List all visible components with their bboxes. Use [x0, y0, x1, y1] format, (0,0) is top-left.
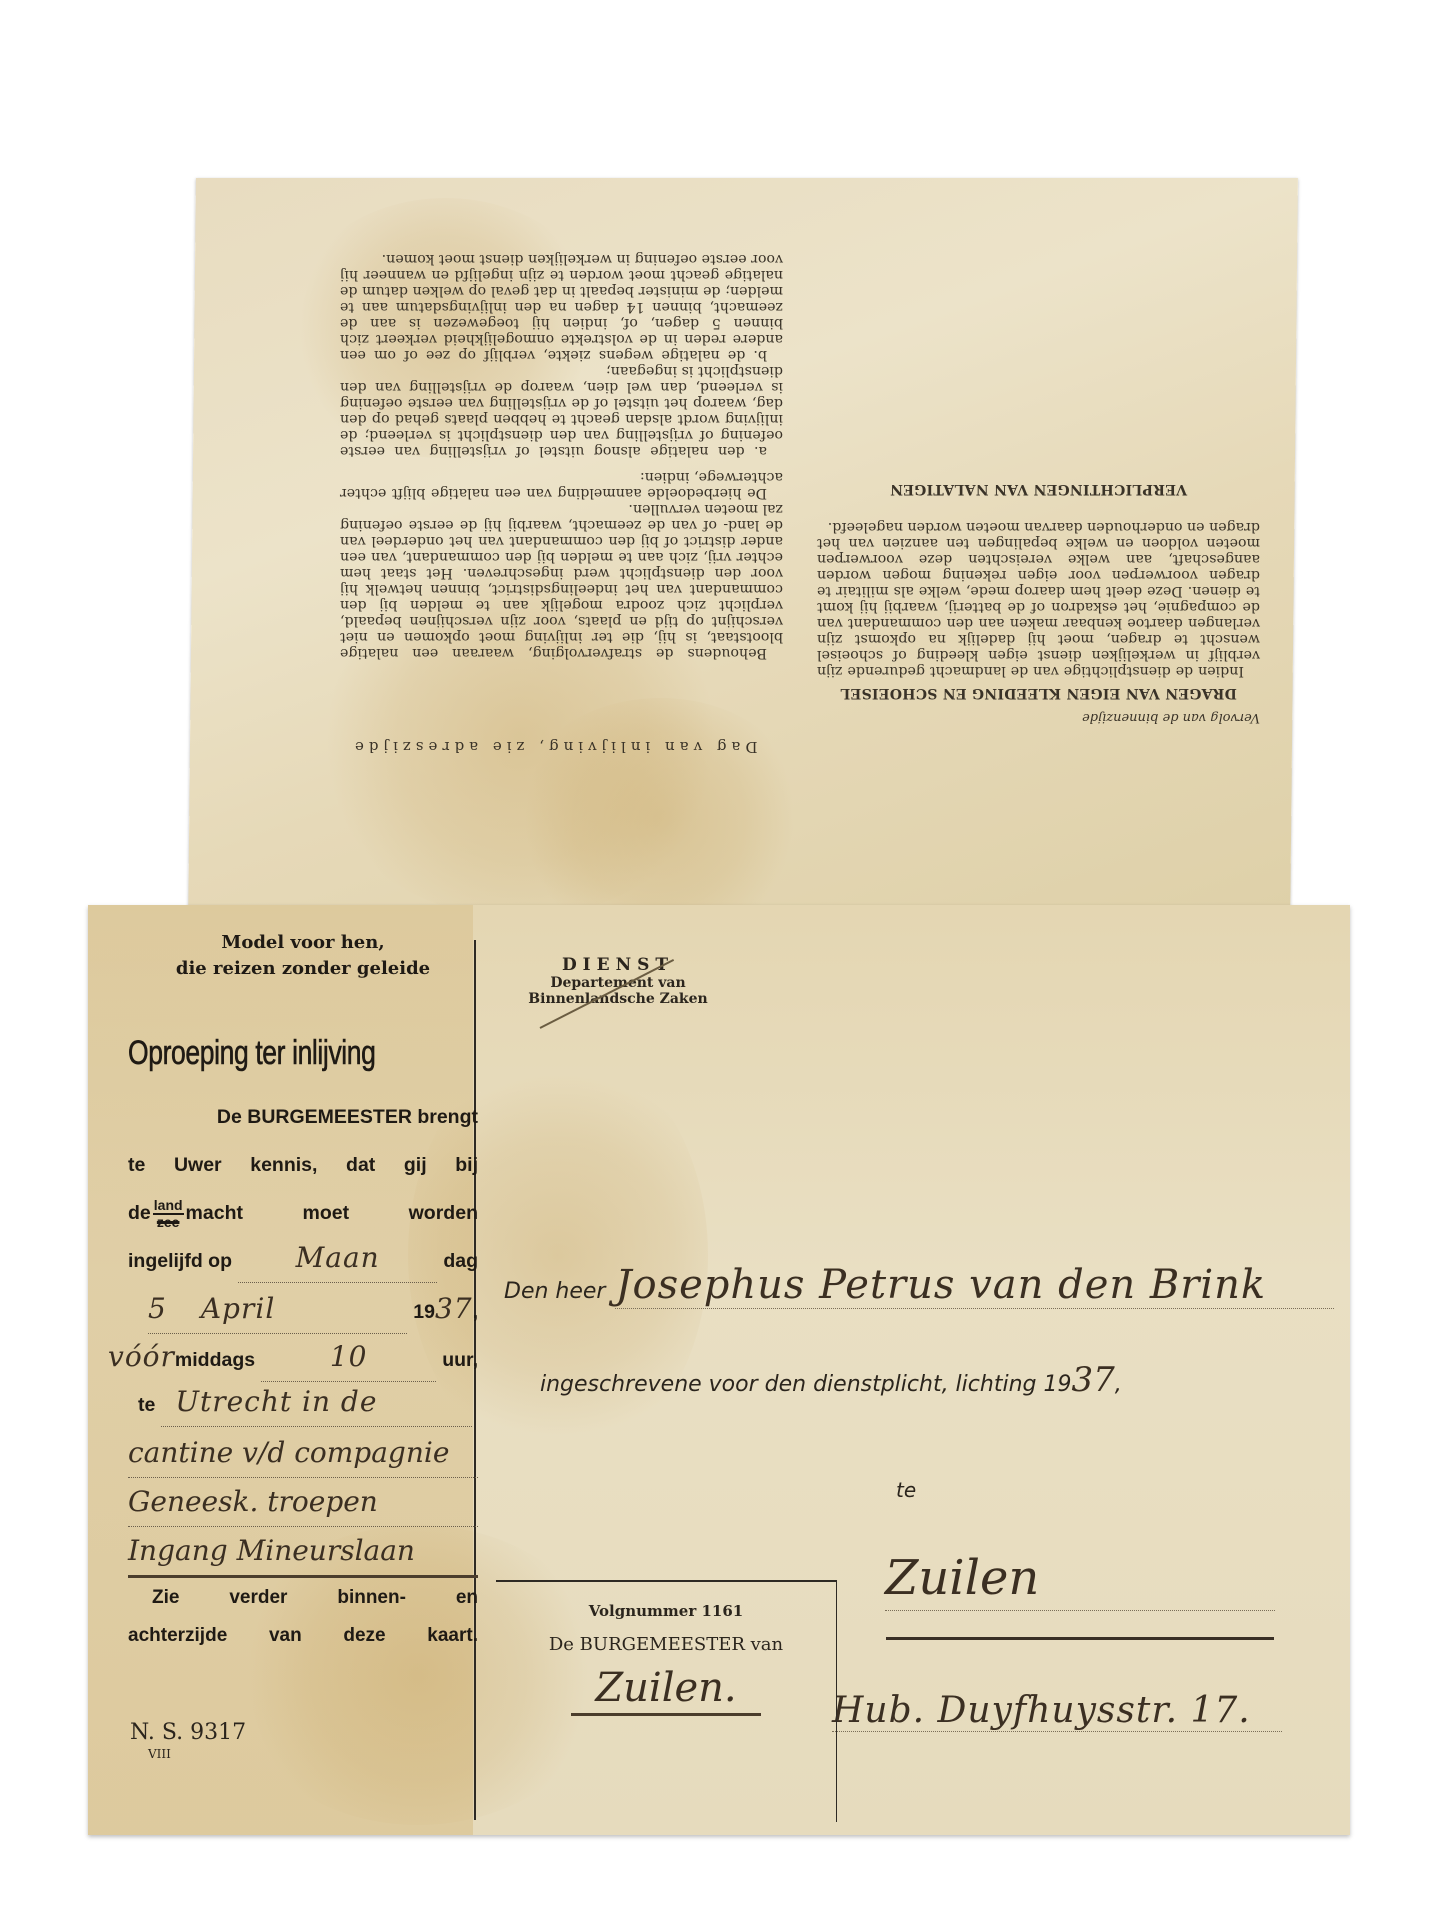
- model-line-2: die reizen zonder geleide: [128, 956, 478, 982]
- day-handwritten: 5: [148, 1285, 167, 1333]
- section-title-kleeding: DRAGEN VAN EIGEN KLEEDING EN SCHOEISEL: [817, 685, 1260, 701]
- location-handwritten: Utrecht in de: [175, 1378, 377, 1426]
- voor-handwritten: vóór: [108, 1333, 175, 1381]
- kennis-text: te Uwer kennis, dat gij bij: [128, 1141, 478, 1189]
- time-handwritten: 10: [330, 1333, 368, 1381]
- form-line-2: te Uwer kennis, dat gij bij: [128, 1141, 478, 1189]
- form-number: N. S. 9317 VIII: [130, 1720, 246, 1761]
- nalatigen-item-b: b. de nalatige wegens ziekte, verblijf o…: [340, 251, 783, 363]
- location-line-2: cantine v/d compagnie: [128, 1429, 478, 1478]
- weekday-handwritten: Maan: [296, 1234, 380, 1282]
- ingelijfd-text: ingelijfd op: [128, 1237, 232, 1285]
- nalatigen-para1: Behoudens de strafvervolging, waaraan ee…: [340, 501, 783, 661]
- form-number-text: N. S. 9317: [130, 1720, 246, 1745]
- form-line-7: te Utrecht in de: [128, 1381, 478, 1429]
- registration-year-handwritten: 37: [1071, 1360, 1114, 1400]
- moet-text: moet: [303, 1189, 350, 1237]
- registration-text: ingeschrevene voor den dienstplicht, lic…: [540, 1372, 1071, 1397]
- zie-verder-line-2: achterzijde van deze kaart.: [128, 1618, 478, 1654]
- burgemeester-text: De BURGEMEESTER brengt: [217, 1093, 478, 1141]
- section-text-kleeding: Indien de dienstplichtige van de landmac…: [817, 519, 1260, 679]
- comma: ,: [473, 1301, 478, 1323]
- month-handwritten: April: [201, 1285, 275, 1333]
- location-line-3: Geneesk. troepen: [128, 1478, 478, 1527]
- dienst-header: DIENST Departement van Binnenlandsche Za…: [508, 955, 728, 1007]
- year-field: 1937,: [413, 1285, 478, 1336]
- land-zee-fraction: landzee: [153, 1198, 184, 1230]
- location-field: Utrecht in de: [161, 1396, 472, 1427]
- burgemeester-place-handwritten: Zuilen.: [496, 1665, 836, 1711]
- model-line-1: Model voor hen,: [128, 930, 478, 956]
- form-line-3: delandzeemacht moet worden: [128, 1189, 478, 1237]
- form-line-1: De BURGEMEESTER brengt: [128, 1093, 478, 1141]
- form-line-5: 5 April 1937,: [128, 1285, 478, 1333]
- nalatigen-para2: De hierbedoelde aanmelding van een nalat…: [340, 469, 783, 501]
- department-line-2: Binnenlandsche Zaken: [508, 991, 728, 1007]
- vervolg-label: Vervolg van de binnenzijde: [817, 709, 1260, 725]
- volgnummer: Volgnummer 1161: [496, 1602, 836, 1620]
- signature-underline: [571, 1713, 761, 1716]
- header-line: Dag van inlijving, zie adreszijde: [340, 739, 1260, 755]
- addressee-name-handwritten: Josephus Petrus van den Brink: [615, 1262, 1334, 1309]
- burgemeester-box: Volgnummer 1161 De BURGEMEESTER van Zuil…: [496, 1580, 837, 1822]
- place-underline: [886, 1637, 1274, 1640]
- addressee-line: Den heer Josephus Petrus van den Brink: [504, 1262, 1334, 1309]
- section-title-nalatigen: VERPLICHTINGEN VAN NALATIGEN: [817, 481, 1260, 497]
- place-handwritten: Zuilen: [885, 1550, 1275, 1611]
- inner-side-text: Dag van inlijving, zie adreszijde Vervol…: [340, 195, 1260, 755]
- registration-line: ingeschrevene voor den dienstplicht, lic…: [540, 1360, 1122, 1400]
- zie-verder-line-1: Zie verder binnen- en: [128, 1580, 478, 1616]
- burgemeester-van-label: De BURGEMEESTER van: [496, 1634, 836, 1655]
- document-title: Oproeping ter inlijving: [128, 1034, 471, 1073]
- year-printed: 19: [413, 1301, 435, 1323]
- den-heer-label: Den heer: [504, 1279, 605, 1304]
- form-line-4: ingelijfd op Maan dag: [128, 1237, 478, 1285]
- uur-text: uur,: [442, 1336, 478, 1384]
- summons-panel: Model voor hen, die reizen zonder geleid…: [128, 930, 478, 1654]
- de-text: de: [128, 1202, 151, 1224]
- te-text: te: [138, 1381, 155, 1429]
- form-line-6: vóór middags 10 uur,: [128, 1333, 478, 1381]
- zee-option-struck: zee: [157, 1215, 180, 1230]
- nalatigen-item-a: a. den nalatige alsnog uitstel of vrijst…: [340, 363, 783, 459]
- comma: ,: [1115, 1372, 1122, 1397]
- dienst-label: DIENST: [508, 955, 728, 975]
- dag-text: dag: [443, 1237, 478, 1285]
- worden-text: worden: [409, 1189, 478, 1237]
- macht-text: macht: [186, 1202, 243, 1224]
- macht-field: delandzeemacht: [128, 1189, 243, 1237]
- form-roman-numeral: VIII: [148, 1747, 246, 1761]
- land-option: land: [153, 1198, 184, 1215]
- te-label: te: [896, 1478, 916, 1502]
- date-field: 5 April: [148, 1303, 407, 1334]
- column-left: Vervolg van de binnenzijde DRAGEN VAN EI…: [817, 251, 1260, 725]
- year-handwritten: 37: [435, 1292, 473, 1325]
- column-right: Behoudens de strafvervolging, waaraan ee…: [340, 251, 783, 661]
- middags-text: middags: [175, 1336, 255, 1384]
- street-handwritten: Hub. Duyfhuysstr. 17.: [832, 1690, 1282, 1732]
- weekday-field: Maan: [238, 1252, 437, 1283]
- location-line-4: Ingang Mineurslaan: [128, 1527, 478, 1578]
- model-heading: Model voor hen, die reizen zonder geleid…: [128, 930, 478, 982]
